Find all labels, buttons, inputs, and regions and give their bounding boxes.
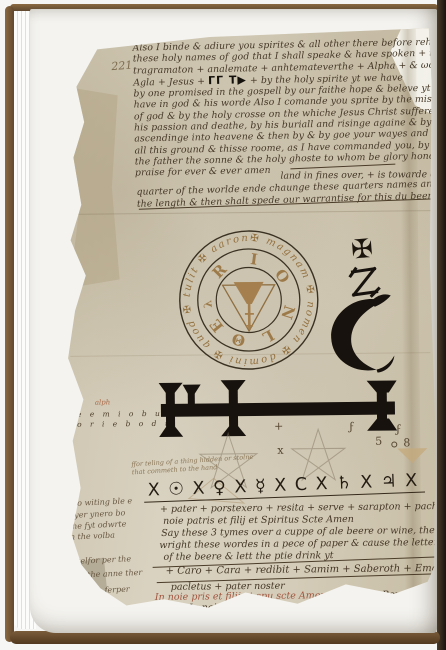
charm-line: noie patris et filij et Spiritus Scte Am… <box>163 514 354 527</box>
book-gutter-right <box>437 0 446 650</box>
digamma-mark: ϝ <box>396 422 401 435</box>
margin-note: in the volba <box>67 531 115 542</box>
margin-note: he fyt odwrte <box>72 519 127 530</box>
manuscript-photo: 221 Also I binde & adiure you spirites &… <box>0 0 446 650</box>
manuscript-leaf: 221 Also I binde & adiure you spirites &… <box>61 24 439 618</box>
book-binding-left <box>5 6 14 642</box>
seal-letter: λ <box>201 300 215 309</box>
seal-circles: ✠ magnam ✠ nomen ✠ domini ✠ quod ✠ tulit… <box>173 224 325 376</box>
conjuration-text-block: Also I binde & adiure you spirites & all… <box>132 37 435 179</box>
seal-funnel-sigil <box>234 282 264 304</box>
margin-note: welfor per the <box>73 554 131 566</box>
closing-lines: quarter of the worlde ende chaunge these… <box>136 178 438 210</box>
horizontal-crease <box>65 210 431 215</box>
crescent-sigil-icon <box>326 292 397 373</box>
ink-blot-triangle <box>397 448 427 463</box>
circle-mark <box>391 441 397 447</box>
x-mark: x <box>277 444 283 457</box>
plus-mark: + <box>274 420 283 433</box>
charm-line: wright these wordes in a pece of paper &… <box>159 537 446 551</box>
folio-number: 221 <box>111 59 133 74</box>
magic-seal-diagram: ✠ magnam ✠ nomen ✠ domini ✠ quod ✠ tulit… <box>173 224 325 376</box>
margin-note: hyer ynero bo <box>69 508 126 520</box>
inline-character-sigils: ΓΓ Τ▶ <box>208 73 247 87</box>
digamma-mark: ϝ <box>349 420 354 433</box>
margin-alphabet-label: alph <box>95 398 110 406</box>
maltese-cross-icon: ✠ <box>350 234 374 266</box>
margin-note: to witing ble e <box>74 496 133 508</box>
number-mark: 5 <box>375 435 382 448</box>
